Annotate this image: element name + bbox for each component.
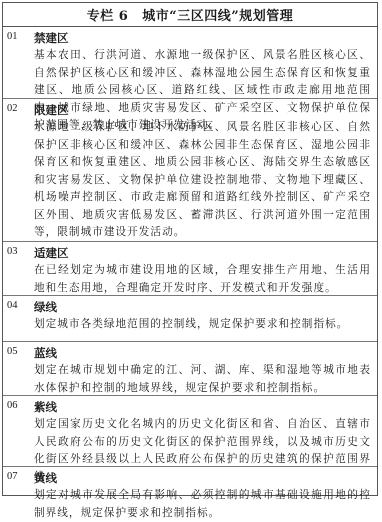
row-body: 划定对城市发展全局有影响、必须控制的城市基础设施用地的控制界线，规定保护要求和控… [34,487,371,500]
table-row-yellow-line: 07 黄线 划定对城市发展全局有影响、必须控制的城市基础设施用地的控制界线，规定… [3,467,377,500]
table-row-blue-line: 05 蓝线 划定在城市规划中确定的江、河、湖、库、渠和湿地等城市地表水体保护和控… [3,342,377,396]
row-title: 适建区 [34,245,377,262]
row-title: 蓝线 [34,345,377,362]
row-title: 绿线 [34,299,377,316]
row-body: 水源地二级保护区、地下水防护区、风景名胜区非核心区、自然保护区非核心区和缓冲区、… [34,119,371,242]
row-body: 在已经划定为城市建设用地的区域，合理安排生产用地、生活用地和生态用地，合理确定开… [34,262,371,297]
row-index: 06 [7,400,18,411]
table-row-purple-line: 06 紫线 划定国家历史文化名城内的历史文化街区和省、自治区、直辖市人民政府公布… [3,396,377,467]
table-title: 城市“三区四线”规划管理 [142,5,293,24]
row-body: 划定城市各类绿地范围的控制线，规定保护要求和控制指标。 [34,316,371,334]
row-title: 黄线 [34,470,377,487]
column-label: 专栏 6 [87,5,129,24]
row-index: 05 [7,346,18,357]
table-row-suitable-zone: 03 适建区 在已经划定为城市建设用地的区域，合理安排生产用地、生活用地和生态用… [3,242,377,296]
row-index: 01 [7,31,18,42]
table-row-green-line: 04 绿线 划定城市各类绿地范围的控制线，规定保护要求和控制指标。 [3,296,377,342]
row-title: 限建区 [34,102,377,119]
table-header: 专栏 6 城市“三区四线”规划管理 [3,3,377,27]
table-row-restricted-zone: 02 限建区 水源地二级保护区、地下水防护区、风景名胜区非核心区、自然保护区非核… [3,99,377,242]
row-index: 07 [7,471,18,482]
row-index: 04 [7,300,18,311]
row-title: 禁建区 [34,30,377,47]
row-title: 紫线 [34,399,377,416]
row-index: 03 [7,246,18,257]
planning-table: 专栏 6 城市“三区四线”规划管理 01 禁建区 基本农田、行洪河道、水源地一级… [2,2,378,496]
table-row-forbidden-zone: 01 禁建区 基本农田、行洪河道、水源地一级保护区、风景名胜区核心区、自然保护区… [3,27,377,99]
row-index: 02 [7,103,18,114]
row-body: 划定在城市规划中确定的江、河、湖、库、渠和湿地等城市地表水体保护和控制的地域界线… [34,362,371,397]
